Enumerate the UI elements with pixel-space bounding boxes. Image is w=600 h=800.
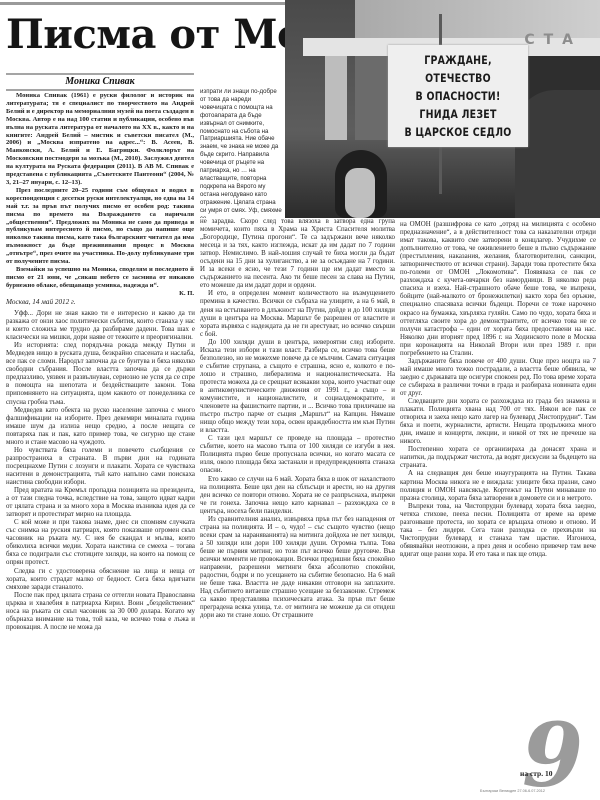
intro-paragraph: През последните 20–25 години съм общувал…: [6, 187, 194, 266]
paragraph: Из историята: след порядъчна рокада межд…: [6, 342, 195, 406]
banner-line: ГНИДА ЛЕЗЕТ: [401, 105, 516, 123]
paragraph: А на следващия ден беше инаугурацията на…: [400, 470, 596, 502]
dateline: Москва, 14 май 2012 г.: [6, 298, 76, 306]
banner-line: ОТЕЧЕСТВО: [401, 69, 516, 87]
photo-face: [345, 168, 375, 218]
paragraph: не зарадва. Скоро след това влязоха в за…: [200, 218, 395, 290]
column-text: изпрати ли знаци по-добре от това да нар…: [200, 88, 282, 218]
paragraph: С кой може и при такова знаме, днес си с…: [6, 519, 195, 567]
paragraph: С тази цел маршът се проведе на площада …: [200, 435, 395, 475]
paragraph: Из сравнителния анализ, извървяха пръв п…: [200, 516, 395, 621]
paragraph: После пак пред цялата страна се оттегли …: [6, 592, 195, 632]
banner-line: ГРАЖДАНЕ,: [401, 51, 516, 69]
paragraph: Следващите дни хората се разхождаха из г…: [400, 398, 596, 446]
continued-on-page: на стр. 10: [520, 769, 552, 778]
column-right: на ОМОН (разшифрова се като „отряд на ми…: [400, 221, 596, 756]
footer-credit: Български Великден 27.06-6.07.2012: [480, 789, 545, 793]
top-rule: [0, 2, 285, 5]
intro-paragraph: Вземайки за успешно на Моника, споделям …: [6, 266, 194, 290]
page-number: 9: [522, 710, 583, 800]
paragraph: Пред вратата на Кремъл пропадна позицият…: [6, 487, 195, 519]
paragraph: Но чувствата бяха големи и повечето съоб…: [6, 447, 195, 487]
banner-line: В ОПАСНОСТИ!: [401, 87, 516, 105]
paragraph: Постепенно хората се организираха да дон…: [400, 446, 596, 470]
author-byline: Моника Спивак: [6, 73, 194, 91]
editor-initials: К. П.: [6, 290, 194, 298]
protest-banner: ГРАЖДАНЕ, ОТЕЧЕСТВО В ОПАСНОСТИ! ГНИДА Л…: [388, 45, 528, 147]
intro-block: Моника Спивак (1961) е руски филолог и и…: [6, 92, 194, 298]
paragraph: И ето, в определен момент количеството н…: [200, 290, 395, 338]
column-left: Уфф... Дори не зная какво ти е интересно…: [6, 310, 195, 800]
intro-paragraph: Моника Спивак (1961) е руски филолог и и…: [6, 92, 194, 187]
photo-building-sign: СТА: [524, 32, 582, 48]
paragraph: на ОМОН (разшифрова се като „отряд на ми…: [400, 221, 596, 358]
column-middle: не зарадва. Скоро след това влязоха в за…: [200, 218, 395, 800]
paragraph: Следва ги с удостоверена обяснение на ли…: [6, 568, 195, 592]
protest-photo: СТА ГРАЖДАНЕ, ОТЕЧЕСТВО В ОПАСНОСТИ! ГНИ…: [285, 0, 600, 218]
paragraph: Задържаните бяха повече от 400 души. Още…: [400, 358, 596, 398]
paragraph: До 100 хиляди души в центъра, невероятни…: [200, 339, 395, 436]
banner-line: В ЦАРСКОЕ СЕДЛО: [401, 123, 516, 141]
paragraph: Медведев като обекта на руско население …: [6, 407, 195, 447]
paragraph: Уфф... Дори не зная какво ти е интересно…: [6, 310, 195, 342]
paragraph: Въпреки това, на Чистопрудни булевард хо…: [400, 503, 596, 559]
column-middle-top: изпрати ли знаци по-добре от това да нар…: [200, 88, 282, 218]
paragraph: Ето какво се случи на 6 май. Хората бяха…: [200, 476, 395, 516]
